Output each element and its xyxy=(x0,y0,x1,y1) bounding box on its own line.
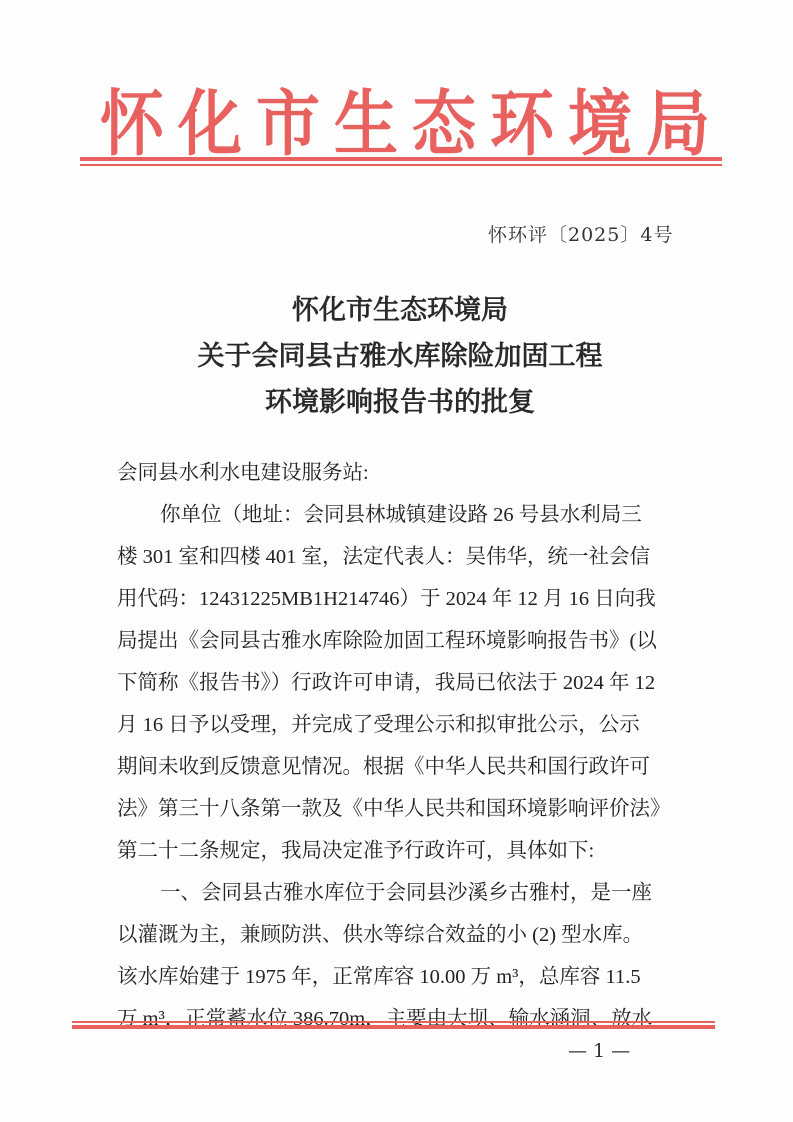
body-line: 第二十二条规定，我局决定准予行政许可，具体如下: xyxy=(117,833,594,863)
addressee: 会同县水利水电建设服务站: xyxy=(117,455,369,485)
body-line: 期间未收到反馈意见情况。根据《中华人民共和国行政许可 xyxy=(117,749,650,779)
body-line: 局提出《会同县古雅水库除险加固工程环境影响报告书》(以 xyxy=(117,623,657,653)
footer-rule-thick xyxy=(72,1025,715,1029)
body-line: 楼 301 室和四楼 401 室，法定代表人：吴伟华，统一社会信 xyxy=(117,539,650,569)
masthead-rule-thick xyxy=(80,157,722,161)
footer-rule-thin xyxy=(72,1021,715,1023)
title-line-2: 关于会同县古雅水库除险加固工程 xyxy=(150,334,650,373)
title-line-1: 怀化市生态环境局 xyxy=(150,288,650,327)
document-number: 怀环评〔2025〕4号 xyxy=(488,220,673,247)
document-page: 怀化市生态环境局 怀环评〔2025〕4号 怀化市生态环境局 关于会同县古雅水库除… xyxy=(0,0,793,1122)
body-line: 以灌溉为主，兼顾防洪、供水等综合效益的小 (2) 型水库。 xyxy=(117,917,643,947)
body-line: 你单位（地址：会同县林城镇建设路 26 号县水利局三 xyxy=(160,497,642,527)
body-line: 下简称《报告书》）行政许可申请，我局已依法于 2024 年 12 xyxy=(117,665,655,695)
body-line: 一、会同县古雅水库位于会同县沙溪乡古雅村，是一座 xyxy=(160,875,652,905)
body-line: 法》第三十八条第一款及《中华人民共和国环境影响评价法》 xyxy=(117,791,671,821)
title-line-3: 环境影响报告书的批复 xyxy=(150,380,650,419)
body-line: 月 16 日予以受理，并完成了受理公示和拟审批公示，公示 xyxy=(117,707,640,737)
body-line: 用代码：12431225MB1H214746）于 2024 年 12 月 16 … xyxy=(117,581,656,611)
page-number: — 1 — xyxy=(568,1040,630,1062)
masthead-rule-thin xyxy=(80,164,722,166)
body-line: 该水库始建于 1975 年，正常库容 10.00 万 m³，总库容 11.5 xyxy=(117,959,641,989)
